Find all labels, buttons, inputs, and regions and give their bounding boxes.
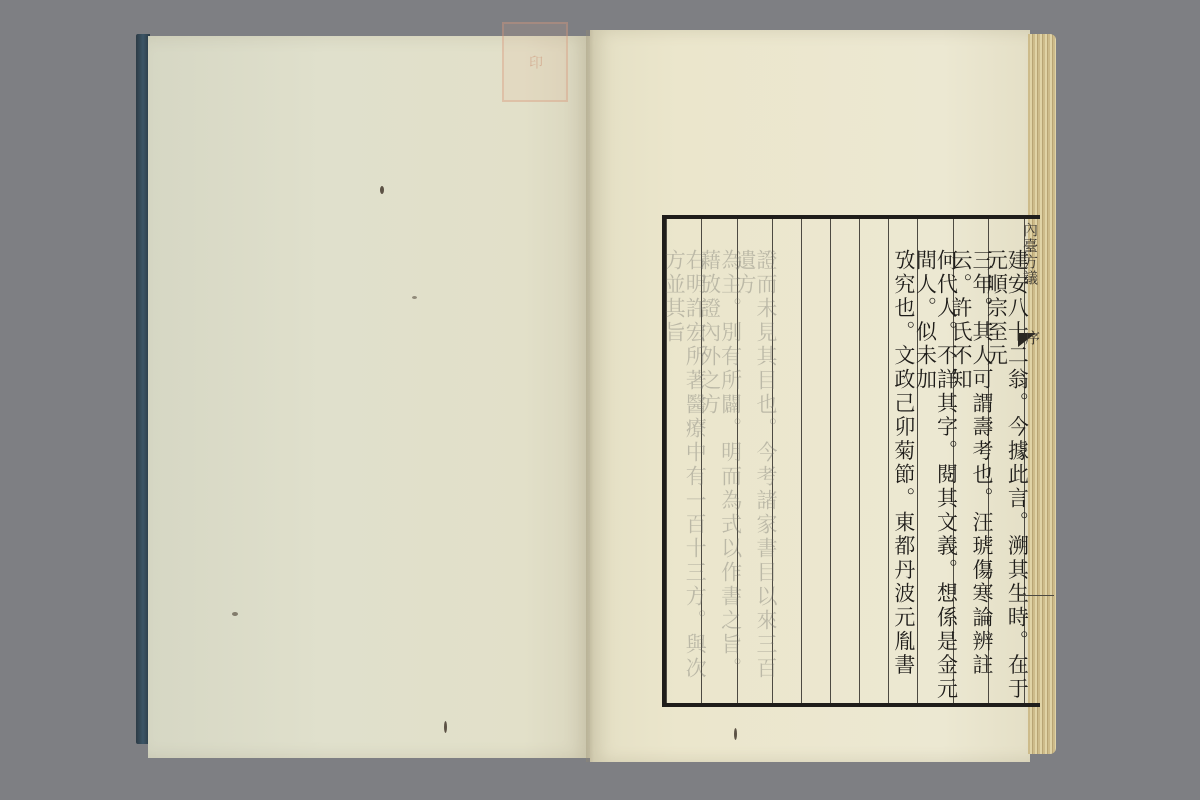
column-text: 何代人。不詳其字。閱其文義。想係是金元間人。似未加 [915, 219, 957, 703]
text-column: 攷究也。文政己卯菊節。東都丹波元胤書 [888, 219, 917, 703]
margin-book-title: 內臺方議 [1020, 222, 1041, 286]
empty-column [859, 219, 888, 703]
book-spread: 印 建安八十二翁。今據此言。溯其生時。在于元順宗至元 三年。其人可謂壽考也。汪琥… [0, 0, 1200, 800]
margin-section-label: 序 [1022, 330, 1043, 345]
ghost-text: 右明許宏所著醫療中有一百十三方。與次方並其旨 [663, 219, 705, 703]
book-gutter [586, 30, 594, 762]
empty-column [801, 219, 830, 703]
stain-mark [444, 721, 447, 733]
left-page-blank [148, 36, 590, 758]
stain-mark [412, 296, 417, 299]
stain-mark [232, 612, 238, 616]
column-text: 攷究也。文政己卯菊節。東都丹波元胤書 [893, 219, 914, 703]
printed-text-frame: 建安八十二翁。今據此言。溯其生時。在于元順宗至元 三年。其人可謂壽考也。汪琥傷寒… [662, 215, 1040, 707]
margin-rule [1018, 595, 1054, 596]
ghost-column: 右明許宏所著醫療中有一百十三方。與次方並其旨 [666, 219, 701, 703]
stain-mark [380, 186, 384, 194]
collection-seal: 印 [502, 22, 568, 102]
stain-mark [734, 728, 737, 740]
text-column: 何代人。不詳其字。閱其文義。想係是金元間人。似未加 [917, 219, 952, 703]
empty-column [830, 219, 859, 703]
